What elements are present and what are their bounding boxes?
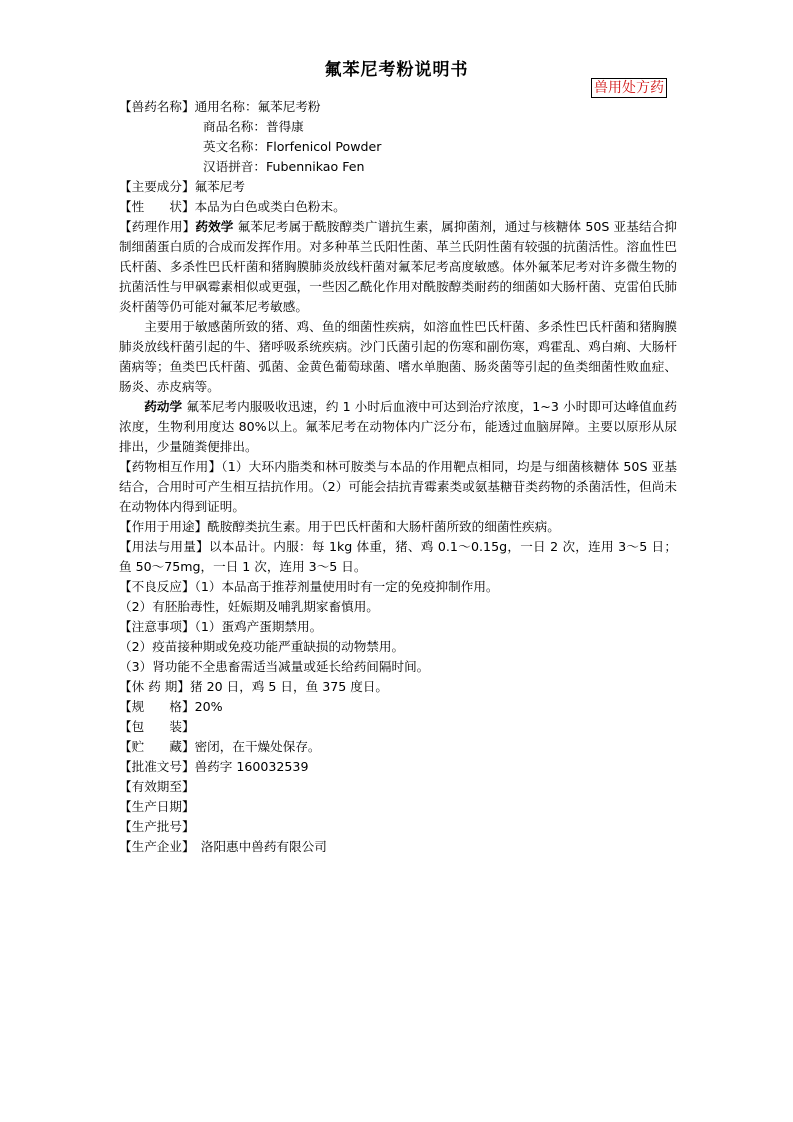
withdrawal-row: 【休 药 期】猪 20 日，鸡 5 日，鱼 375 度日。 <box>119 677 677 697</box>
spec-text: 20% <box>195 699 223 714</box>
withdrawal-text: 猪 20 日，鸡 5 日，鱼 375 度日。 <box>190 679 388 694</box>
spec-row: 【规 格】20% <box>119 697 677 717</box>
document-title: 氟苯尼考粉说明书 <box>0 55 793 80</box>
label-drug-name: 【兽药名称】 <box>119 99 195 114</box>
caution-item-2: （2）疫苗接种期或免疫功能严重缺损的动物禁用。 <box>119 637 677 657</box>
usage-row: 【作用于用途】酰胺醇类抗生素。用于巴氏杆菌和大肠杆菌所致的细菌性疾病。 <box>119 517 677 537</box>
caution-item-3: （3）肾功能不全患畜需适当减量或延长给药间隔时间。 <box>119 657 677 677</box>
label-spec: 【规 格】 <box>119 699 195 714</box>
adverse-item-1: （1）本品高于推荐剂量使用时有一定的免疫抑制作用。 <box>195 579 499 594</box>
label-expiry: 【有效期至】 <box>119 779 195 794</box>
prescription-badge: 兽用处方药 <box>591 78 667 98</box>
caution-item-1: （1）蛋鸡产蛋期禁用。 <box>195 619 323 634</box>
label-batch: 【生产批号】 <box>119 819 195 834</box>
english-name: 英文名称：Florfenicol Powder <box>119 137 677 157</box>
document-body: 【兽药名称】通用名称：氟苯尼考粉 商品名称：普得康 英文名称：Florfenic… <box>119 97 677 857</box>
package-row: 【包 装】 <box>119 717 677 737</box>
storage-text: 密闭，在干燥处保存。 <box>195 739 321 754</box>
expiry-row: 【有效期至】 <box>119 777 677 797</box>
indications-paragraph: 主要用于敏感菌所致的猪、鸡、鱼的细菌性疾病，如溶血性巴氏杆菌、多杀性巴氏杆菌和猪… <box>119 317 677 397</box>
label-package: 【包 装】 <box>119 719 195 734</box>
label-pharmacology: 【药理作用】 <box>119 219 195 234</box>
label-mfg-date: 【生产日期】 <box>119 799 195 814</box>
label-approval: 【批准文号】 <box>119 759 195 774</box>
label-withdrawal: 【休 药 期】 <box>119 679 190 694</box>
label-caution: 【注意事项】 <box>119 619 195 634</box>
pharmacodynamics-heading: 药效学 <box>195 219 233 234</box>
storage-row: 【贮 藏】密闭，在干燥处保存。 <box>119 737 677 757</box>
label-property: 【性 状】 <box>119 199 195 214</box>
property-row: 【性 状】本品为白色或类白色粉末。 <box>119 197 677 217</box>
dosage-paragraph: 【用法与用量】以本品计。内服：每 1kg 体重，猪、鸡 0.1～0.15g，一日… <box>119 537 677 577</box>
manufacturer-name: 洛阳惠中兽药有限公司 <box>188 839 327 854</box>
property: 本品为白色或类白色粉末。 <box>195 199 346 214</box>
batch-row: 【生产批号】 <box>119 817 677 837</box>
ingredient-row: 【主要成分】氟苯尼考 <box>119 177 677 197</box>
pharmacokinetics-paragraph: 药动学 氟苯尼考内服吸收迅速，约 1 小时后血液中可达到治疗浓度，1~3 小时即… <box>119 397 677 457</box>
label-storage: 【贮 藏】 <box>119 739 195 754</box>
caution-row: 【注意事项】（1）蛋鸡产蛋期禁用。 <box>119 617 677 637</box>
generic-name: 通用名称：氟苯尼考粉 <box>195 99 321 114</box>
manufacturer-row: 【生产企业】 洛阳惠中兽药有限公司 <box>119 837 677 857</box>
pharmacokinetics-heading: 药动学 <box>144 399 182 414</box>
label-dosage: 【用法与用量】 <box>119 539 209 554</box>
label-usage: 【作用于用途】 <box>119 519 207 534</box>
pharmacology-paragraph: 【药理作用】药效学 氟苯尼考属于酰胺醇类广谱抗生素，属抑菌剂，通过与核糖体 50… <box>119 217 677 317</box>
mfg-date-row: 【生产日期】 <box>119 797 677 817</box>
adverse-item-2: （2）有胚胎毒性，妊娠期及哺乳期家畜慎用。 <box>119 597 677 617</box>
label-adverse: 【不良反应】 <box>119 579 195 594</box>
approval-row: 【批准文号】兽药字 160032539 <box>119 757 677 777</box>
pharmacokinetics-text: 氟苯尼考内服吸收迅速，约 1 小时后血液中可达到治疗浓度，1~3 小时即可达峰值… <box>119 399 677 454</box>
label-interaction: 【药物相互作用】 <box>119 459 221 474</box>
approval-number: 兽药字 160032539 <box>195 759 309 774</box>
adverse-row: 【不良反应】（1）本品高于推荐剂量使用时有一定的免疫抑制作用。 <box>119 577 677 597</box>
usage-text: 酰胺醇类抗生素。用于巴氏杆菌和大肠杆菌所致的细菌性疾病。 <box>207 519 560 534</box>
label-manufacturer: 【生产企业】 <box>119 839 188 854</box>
label-ingredient: 【主要成分】 <box>119 179 195 194</box>
vet-drug-name-row: 【兽药名称】通用名称：氟苯尼考粉 <box>119 97 677 117</box>
pinyin-name: 汉语拼音：Fubennikao Fen <box>119 157 677 177</box>
trade-name: 商品名称：普得康 <box>119 117 677 137</box>
interaction-paragraph: 【药物相互作用】（1）大环内脂类和林可胺类与本品的作用靶点相同，均是与细菌核糖体… <box>119 457 677 517</box>
ingredient: 氟苯尼考 <box>195 179 245 194</box>
